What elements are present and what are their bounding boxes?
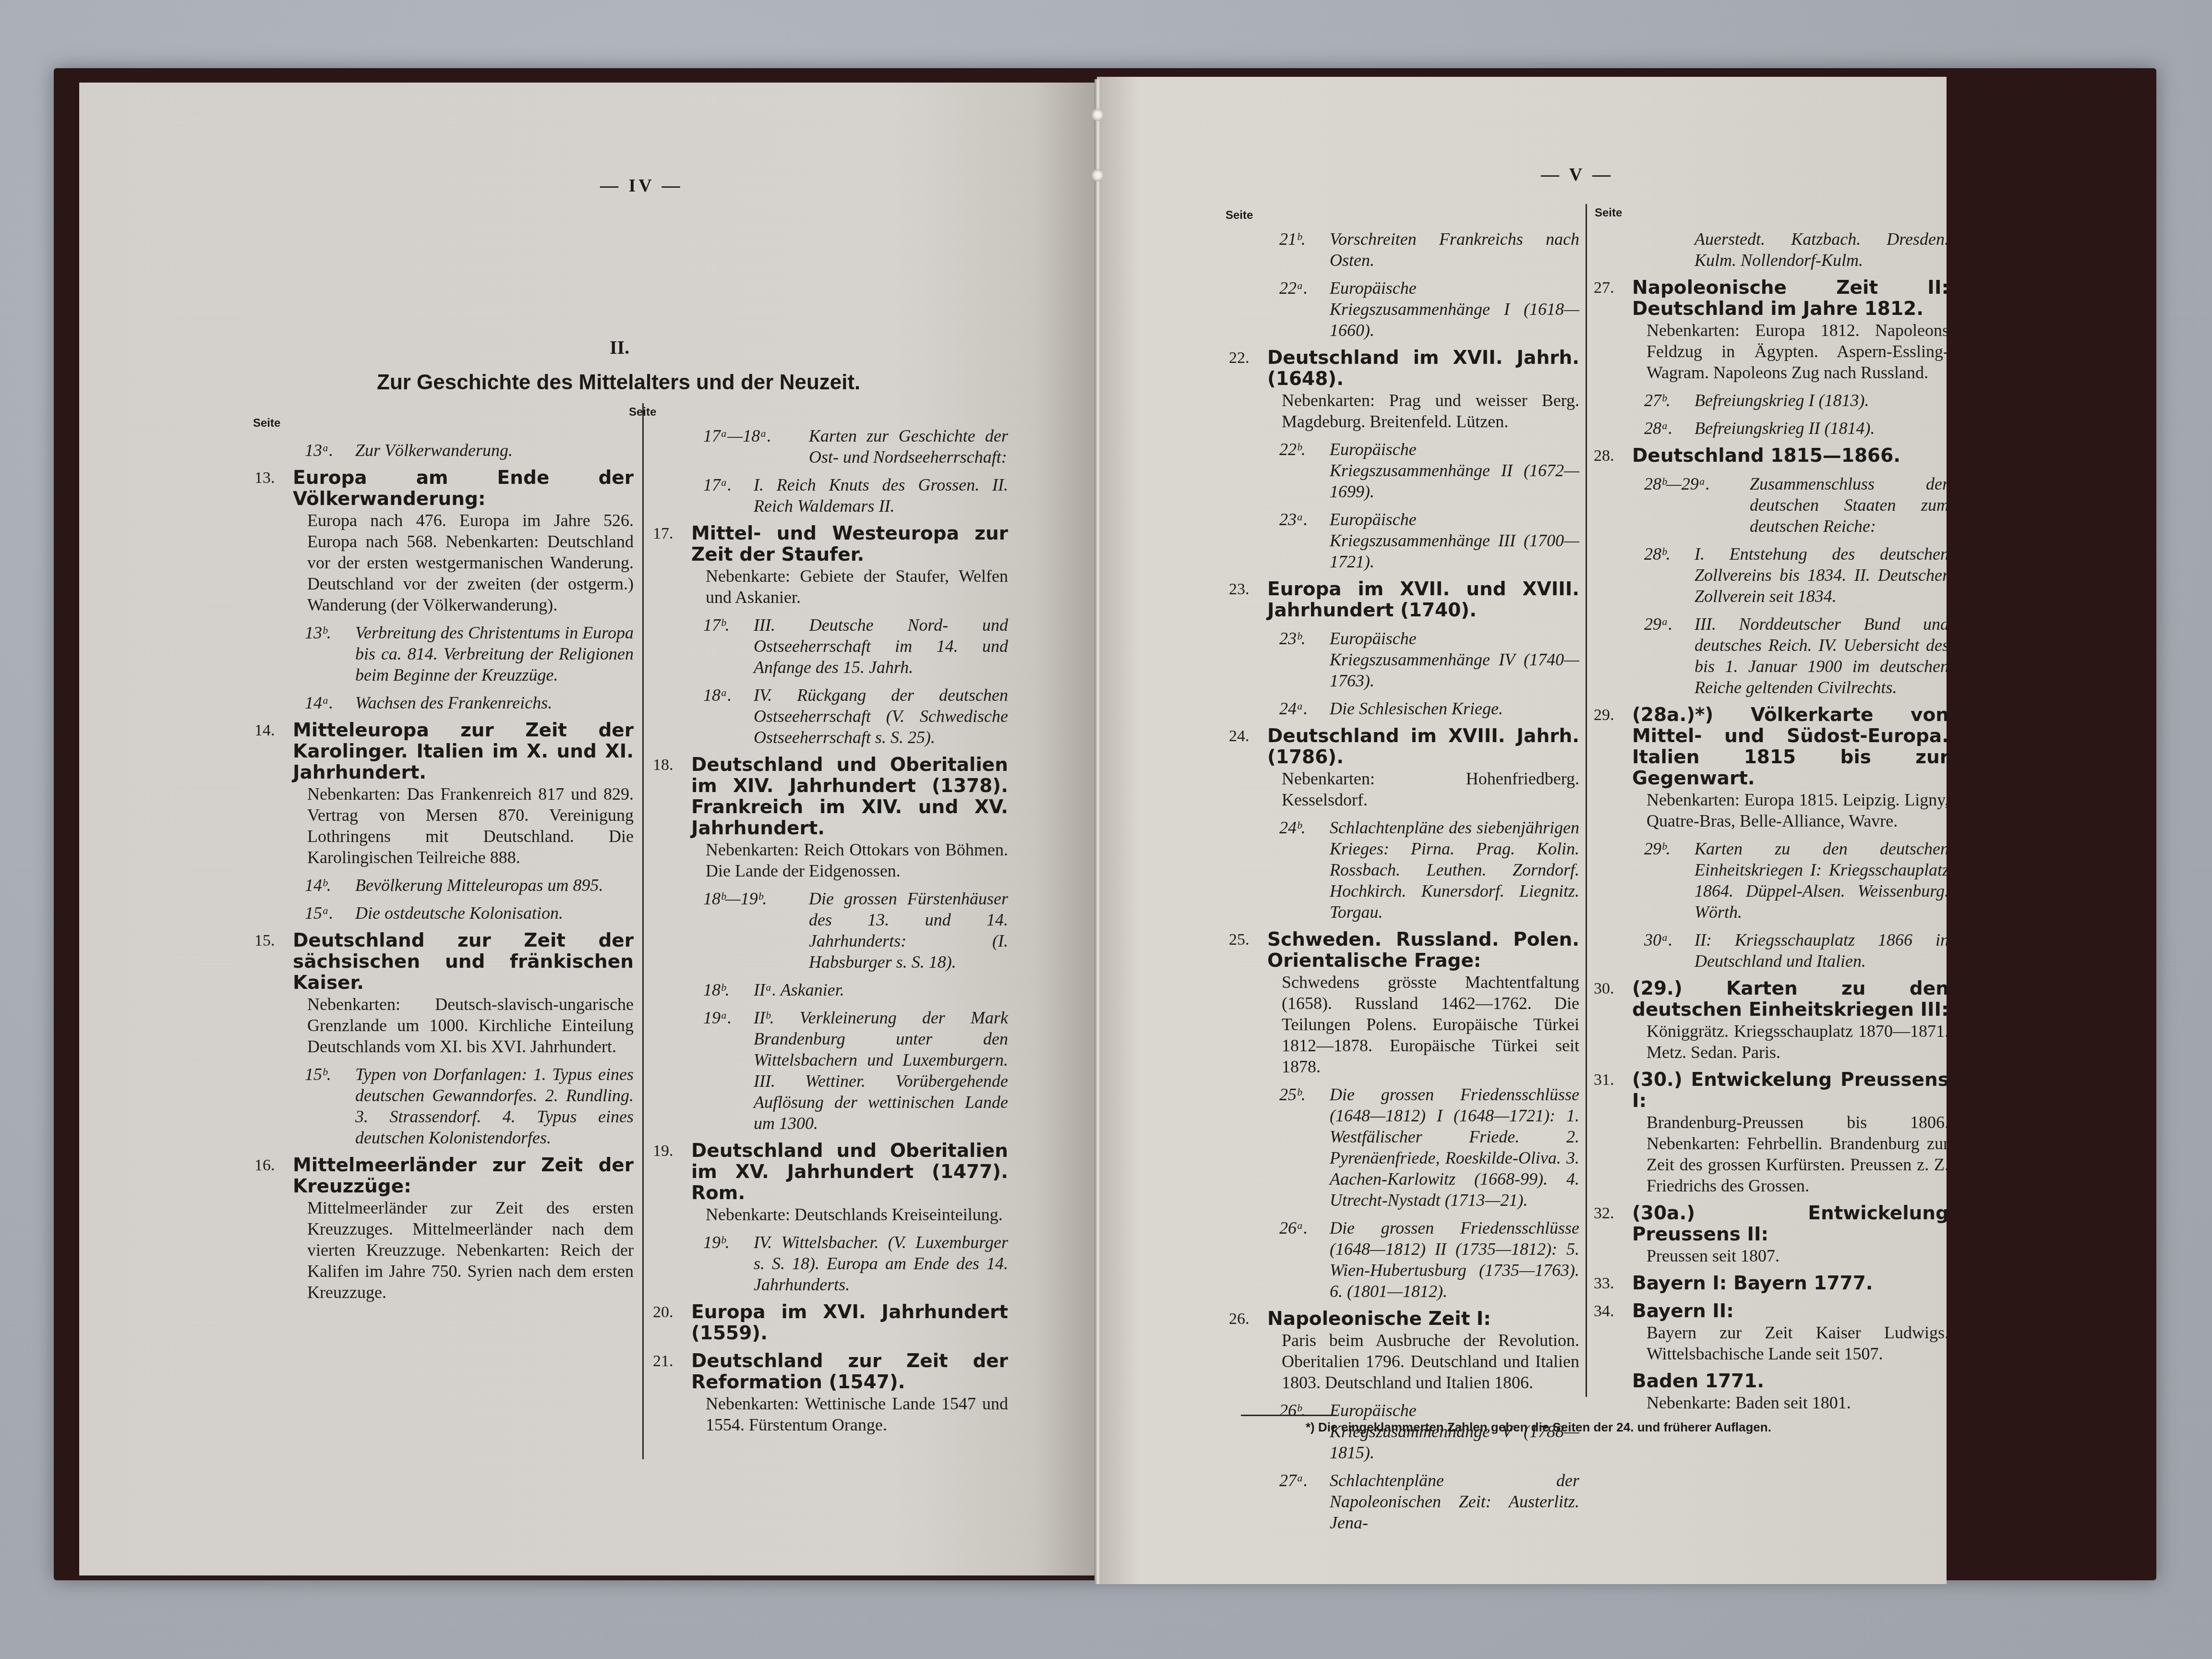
entry-title: Europa am Ende der Völkerwanderung: (293, 468, 634, 510)
subentry-text: III. Deutsche Nord- und Ostseeherrschaft… (754, 614, 1008, 678)
entry-title: Europa im XVII. und XVIII. Jahrhundert (… (1267, 579, 1579, 621)
entry-page-number: 31. (1594, 1070, 1614, 1091)
column-divider (642, 403, 644, 1459)
entry-title: Deutschland zur Zeit der sächsischen und… (293, 930, 634, 994)
entry-page-number: 29. (1594, 705, 1614, 726)
entry-title: (29.) Karten zu den deutschen Einheitskr… (1632, 978, 1949, 1021)
entry-subtitle: Mittelmeerländer zur Zeit des ersten Kre… (307, 1197, 634, 1303)
subentry-text: Zusammenschluss der deutschen Staaten zu… (1750, 473, 1949, 537)
binding-stitch (1092, 108, 1104, 121)
subentry-number: 30ᵃ. (1644, 929, 1672, 950)
subentry-number: 28ᵇ. (1644, 543, 1671, 565)
toc-subentry: 27ᵃ.Schlachtenpläne der Napoleonischen Z… (1279, 1470, 1579, 1533)
subentry-number: 13ᵇ. (305, 622, 331, 643)
entry-subtitle: Europa nach 476. Europa im Jahre 526. Eu… (307, 510, 634, 615)
toc-subentry: 18ᵇ.IIᵃ. Askanier. (703, 979, 1008, 1000)
section-numeral: II. (610, 336, 629, 359)
toc-subentry: 13ᵃ.Zur Völkerwanderung. (305, 440, 634, 461)
toc-subentry: 23ᵃ.Europäische Kriegszusammenhänge III … (1279, 509, 1579, 572)
toc-subentry: 15ᵇ.Typen von Dorfanlagen: 1. Typus eine… (305, 1064, 634, 1148)
subentry-text: Zur Völkerwanderung. (355, 440, 634, 461)
toc-continuation: Auerstedt. Katzbach. Dresden. Kulm. Noll… (1644, 228, 1949, 271)
toc-column-left-1: 13ᵃ.Zur Völkerwanderung.13.Europa am End… (254, 437, 634, 1310)
section-title: Zur Geschichte des Mittelalters und der … (377, 371, 860, 395)
toc-entry: 13.Europa am Ende der Völkerwanderung:Eu… (254, 468, 634, 615)
toc-entry: 19.Deutschland und Oberitalien im XV. Ja… (653, 1141, 1008, 1225)
entry-title: Europa im XVI. Jahrhundert (1559). (691, 1302, 1008, 1344)
toc-subentry: 30ᵃ.II: Kriegsschauplatz 1866 in Deutsch… (1644, 929, 1949, 972)
subentry-number: 14ᵃ. (305, 692, 333, 713)
entry-subtitle: Nebenkarte: Baden seit 1801. (1647, 1392, 1949, 1413)
subentry-number: 21ᵇ. (1279, 228, 1306, 250)
toc-subentry: 14ᵃ.Wachsen des Frankenreichs. (305, 692, 634, 713)
subentry-text: Befreiungskrieg II (1814). (1695, 418, 1949, 439)
toc-subentry: 22ᵇ.Europäische Kriegszusammenhänge II (… (1279, 439, 1579, 502)
subentry-number: 27ᵃ. (1279, 1470, 1308, 1491)
entry-subtitle: Paris beim Ausbruche der Revolution. Obe… (1282, 1330, 1579, 1393)
column-label: Seite (1595, 206, 1622, 220)
subentry-text: Schlachtenpläne des siebenjährigen Krieg… (1330, 817, 1579, 923)
entry-page-number: 17. (653, 523, 673, 544)
subentry-number: 19ᵃ. (703, 1007, 732, 1028)
entry-page-number: 34. (1594, 1301, 1614, 1322)
entry-subtitle: Brandenburg-Preussen bis 1806. Nebenkart… (1647, 1112, 1949, 1196)
entry-subtitle: Nebenkarte: Deutschlands Kreiseinteilung… (706, 1204, 1008, 1225)
toc-subentry: 23ᵇ.Europäische Kriegszusammenhänge IV (… (1279, 628, 1579, 691)
entry-subtitle: Bayern zur Zeit Kaiser Ludwigs. Wittelsb… (1647, 1322, 1949, 1364)
subentry-number: 22ᵇ. (1279, 439, 1306, 460)
subentry-text: Die grossen Friedensschlüsse (1648—1812)… (1330, 1217, 1579, 1302)
toc-subentry: 27ᵇ.Befreiungskrieg I (1813). (1644, 390, 1949, 411)
subentry-text: Die Schlesischen Kriege. (1330, 698, 1579, 719)
entry-title: (30a.) Entwickelung Preussens II: (1632, 1203, 1949, 1245)
subentry-number: 23ᵃ. (1279, 509, 1308, 530)
subentry-number: 24ᵃ. (1279, 698, 1308, 719)
entry-subtitle: Nebenkarten: Reich Ottokars von Böhmen. … (706, 839, 1008, 881)
subentry-number: 24ᵇ. (1279, 817, 1306, 838)
footnote-rule (1241, 1415, 1337, 1416)
entry-page-number: 22. (1229, 348, 1250, 369)
entry-subtitle: Königgrätz. Kriegsschauplatz 1870—1871. … (1647, 1021, 1949, 1063)
toc-subentry: 13ᵇ.Verbreitung des Christentums in Euro… (305, 622, 634, 685)
page-number-right: — V — (1541, 164, 1613, 185)
toc-entry: 28.Deutschland 1815—1866. (1594, 445, 1949, 467)
toc-entry: 29.(28a.)*) Völkerkarte von Mittel- und … (1594, 705, 1949, 831)
subentry-number: 25ᵇ. (1279, 1084, 1306, 1105)
column-divider (1586, 204, 1587, 1397)
toc-entry: 31.(30.) Entwickelung Preussens I:Brande… (1594, 1070, 1949, 1196)
entry-page-number: 27. (1594, 277, 1614, 299)
toc-subentry: 15ᵃ.Die ostdeutsche Kolonisation. (305, 902, 634, 924)
entry-subtitle: Schwedens grösste Machtentfaltung (1658)… (1282, 972, 1579, 1077)
subentry-text: Verbreitung des Christentums in Europa b… (355, 622, 634, 685)
subentry-number: 17ᵃ. (703, 474, 732, 495)
toc-entry: 30.(29.) Karten zu den deutschen Einheit… (1594, 978, 1949, 1063)
subentry-number: 19ᵇ. (703, 1232, 730, 1253)
entry-page-number: 33. (1594, 1273, 1614, 1294)
column-label: Seite (1226, 209, 1253, 222)
subentry-text: I. Reich Knuts des Grossen. II. Reich Wa… (754, 474, 1008, 517)
toc-entry: Baden 1771.Nebenkarte: Baden seit 1801. (1594, 1371, 1949, 1413)
entry-page-number: 19. (653, 1141, 673, 1162)
entry-title: Deutschland und Oberitalien im XIV. Jahr… (691, 755, 1008, 839)
subentry-text: Auerstedt. Katzbach. Dresden. Kulm. Noll… (1695, 228, 1949, 271)
toc-entry: 27.Napoleonische Zeit II: Deutschland im… (1594, 277, 1949, 383)
toc-subentry: 29ᵃ.III. Norddeutscher Bund und deutsche… (1644, 613, 1949, 698)
entry-page-number: 13. (254, 468, 275, 489)
entry-page-number: 30. (1594, 978, 1614, 999)
subentry-text: Europäische Kriegszusammenhänge II (1672… (1330, 439, 1579, 502)
column-label: Seite (253, 417, 280, 430)
entry-subtitle: Nebenkarten: Das Frankenreich 817 und 82… (307, 783, 634, 868)
toc-subentry: 26ᵃ.Die grossen Friedensschlüsse (1648—1… (1279, 1217, 1579, 1302)
entry-page-number: 15. (254, 930, 275, 951)
toc-subentry: 25ᵇ.Die grossen Friedensschlüsse (1648—1… (1279, 1084, 1579, 1211)
entry-title: Deutschland im XVIII. Jahrh. (1786). (1267, 726, 1579, 768)
toc-entry: 32.(30a.) Entwickelung Preussens II:Preu… (1594, 1203, 1949, 1266)
subentry-text: Europäische Kriegszusammenhänge I (1618—… (1330, 277, 1579, 341)
subentry-text: Bevölkerung Mitteleuropas um 895. (355, 875, 634, 896)
subentry-number: 14ᵇ. (305, 875, 331, 896)
entry-subtitle: Preussen seit 1807. (1647, 1245, 1949, 1266)
subentry-number: 17ᵃ—18ᵃ. (703, 425, 771, 446)
toc-entry: 17.Mittel- und Westeuropa zur Zeit der S… (653, 523, 1008, 608)
subentry-text: III. Norddeutscher Bund und deutsches Re… (1695, 613, 1949, 698)
subentry-text: Europäische Kriegszusammenhänge III (170… (1330, 509, 1579, 572)
toc-entry: 25.Schweden. Russland. Polen. Orientalis… (1229, 929, 1579, 1077)
subentry-number: 15ᵃ. (305, 902, 333, 924)
toc-column-right-1: 21ᵇ.Vorschreiten Frankreichs nach Osten.… (1229, 226, 1579, 1540)
subentry-text: IV. Wittelsbacher. (V. Luxemburger s. S.… (754, 1232, 1008, 1295)
entry-subtitle: Nebenkarten: Wettinische Lande 1547 und … (706, 1393, 1008, 1435)
subentry-number: 23ᵇ. (1279, 628, 1306, 649)
binding-stitch (1092, 169, 1104, 181)
subentry-text: Typen von Dorfanlagen: 1. Typus eines de… (355, 1064, 634, 1148)
entry-title: Bayern II: (1632, 1301, 1949, 1322)
toc-subentry: 28ᵃ.Befreiungskrieg II (1814). (1644, 418, 1949, 439)
subentry-number: 29ᵇ. (1644, 838, 1671, 859)
toc-subentry: 18ᵃ.IV. Rückgang der deutschen Ostseeher… (703, 685, 1008, 748)
entry-title: Baden 1771. (1632, 1371, 1949, 1392)
toc-entry: 16.Mittelmeerländer zur Zeit der Kreuzzü… (254, 1155, 634, 1303)
toc-subentry: 22ᵃ.Europäische Kriegszusammenhänge I (1… (1279, 277, 1579, 341)
toc-entry: 22.Deutschland im XVII. Jahrh. (1648).Ne… (1229, 348, 1579, 432)
toc-entry: 23.Europa im XVII. und XVIII. Jahrhunder… (1229, 579, 1579, 621)
footnote: *) Die eingeklammerten Zahlen geben die … (1306, 1420, 1771, 1435)
toc-subentry: 28ᵇ—29ᵃ.Zusammenschluss der deutschen St… (1644, 473, 1949, 537)
entry-page-number: 18. (653, 755, 673, 776)
subentry-text: IIᵃ. Askanier. (754, 979, 1008, 1000)
entry-title: Bayern I: Bayern 1777. (1632, 1273, 1949, 1294)
toc-subentry: 24ᵃ.Die Schlesischen Kriege. (1279, 698, 1579, 719)
entry-page-number: 23. (1229, 579, 1250, 600)
entry-title: Napoleonische Zeit II: Deutschland im Ja… (1632, 277, 1949, 320)
entry-title: Schweden. Russland. Polen. Orientalische… (1267, 929, 1579, 972)
entry-page-number: 24. (1229, 726, 1250, 747)
entry-title: Deutschland 1815—1866. (1632, 445, 1949, 467)
subentry-text: Karten zu den deutschen Einheitskriegen … (1695, 838, 1949, 923)
entry-page-number: 20. (653, 1302, 673, 1323)
toc-entry: 15.Deutschland zur Zeit der sächsischen … (254, 930, 634, 1057)
subentry-text: Die grossen Fürstenhäuser des 13. und 14… (809, 888, 1008, 973)
entry-subtitle: Nebenkarten: Europa 1812. Napoleons Feld… (1647, 320, 1949, 383)
toc-subentry: 21ᵇ.Vorschreiten Frankreichs nach Osten. (1279, 228, 1579, 271)
toc-subentry: 29ᵇ.Karten zu den deutschen Einheitskrie… (1644, 838, 1949, 923)
subentry-number: 13ᵃ. (305, 440, 333, 461)
entry-title: Mittel- und Westeuropa zur Zeit der Stau… (691, 523, 1008, 565)
toc-entry: 14.Mitteleuropa zur Zeit der Karolinger.… (254, 720, 634, 868)
subentry-text: I. Entstehung des deutschen Zollvereins … (1695, 543, 1949, 607)
toc-subentry: 17ᵃ—18ᵃ.Karten zur Geschichte der Ost- u… (703, 425, 1008, 468)
subentry-number: 15ᵇ. (305, 1064, 331, 1085)
subentry-text: Wachsen des Frankenreichs. (355, 692, 634, 713)
subentry-number: 18ᵃ. (703, 685, 732, 706)
subentry-number: 28ᵃ. (1644, 418, 1672, 439)
subentry-number: 26ᵇ. (1279, 1400, 1306, 1421)
entry-page-number: 14. (254, 720, 275, 741)
entry-page-number: 16. (254, 1155, 275, 1176)
subentry-text: Schlachtenpläne der Napoleonischen Zeit:… (1330, 1470, 1579, 1533)
subentry-text: Karten zur Geschichte der Ost- und Nords… (809, 425, 1008, 468)
toc-entry: 18.Deutschland und Oberitalien im XIV. J… (653, 755, 1008, 881)
subentry-text: Die ostdeutsche Kolonisation. (355, 902, 634, 924)
subentry-text: Befreiungskrieg I (1813). (1695, 390, 1949, 411)
entry-subtitle: Nebenkarten: Europa 1815. Leipzig. Ligny… (1647, 789, 1949, 831)
subentry-number: 28ᵇ—29ᵃ. (1644, 473, 1710, 494)
subentry-number: 18ᵇ—19ᵇ. (703, 888, 767, 909)
entry-page-number: 28. (1594, 445, 1614, 467)
entry-title: (28a.)*) Völkerkarte von Mittel- und Süd… (1632, 705, 1949, 789)
subentry-text: Europäische Kriegszusammenhänge IV (1740… (1330, 628, 1579, 691)
toc-entry: 24.Deutschland im XVIII. Jahrh. (1786).N… (1229, 726, 1579, 810)
toc-column-right-2: Auerstedt. Katzbach. Dresden. Kulm. Noll… (1594, 226, 1949, 1420)
subentry-number: 18ᵇ. (703, 979, 730, 1000)
toc-subentry: 17ᵇ.III. Deutsche Nord- und Ostseeherrsc… (703, 614, 1008, 678)
toc-entry: 21.Deutschland zur Zeit der Reformation … (653, 1351, 1008, 1435)
subentry-number: 17ᵇ. (703, 614, 730, 636)
page-number-left: — IV — (600, 175, 683, 196)
entry-title: Mitteleuropa zur Zeit der Karolinger. It… (293, 720, 634, 783)
entry-title: (30.) Entwickelung Preussens I: (1632, 1070, 1949, 1112)
subentry-number: 27ᵇ. (1644, 390, 1671, 411)
entry-title: Deutschland zur Zeit der Reformation (15… (691, 1351, 1008, 1393)
subentry-number: 22ᵃ. (1279, 277, 1308, 299)
entry-title: Mittelmeerländer zur Zeit der Kreuzzüge: (293, 1155, 634, 1197)
entry-subtitle: Nebenkarten: Deutsch-slavisch-ungarische… (307, 994, 634, 1057)
entry-page-number: 32. (1594, 1203, 1614, 1224)
subentry-text: IIᵇ. Verkleinerung der Mark Brandenburg … (754, 1007, 1008, 1134)
entry-title: Deutschland im XVII. Jahrh. (1648). (1267, 348, 1579, 390)
toc-entry: 20.Europa im XVI. Jahrhundert (1559). (653, 1302, 1008, 1344)
subentry-text: IV. Rückgang der deutschen Ostseeherrsch… (754, 685, 1008, 748)
subentry-number: 26ᵃ. (1279, 1217, 1308, 1238)
entry-page-number: 25. (1229, 929, 1250, 950)
toc-subentry: 28ᵇ.I. Entstehung des deutschen Zollvere… (1644, 543, 1949, 607)
toc-entry: 33.Bayern I: Bayern 1777. (1594, 1273, 1949, 1294)
toc-subentry: 14ᵇ.Bevölkerung Mitteleuropas um 895. (305, 875, 634, 896)
toc-entry: 26.Napoleonische Zeit I:Paris beim Ausbr… (1229, 1309, 1579, 1393)
toc-subentry: 17ᵃ.I. Reich Knuts des Grossen. II. Reic… (703, 474, 1008, 517)
toc-subentry: 19ᵃ.IIᵇ. Verkleinerung der Mark Brandenb… (703, 1007, 1008, 1134)
entry-subtitle: Nebenkarten: Hohenfriedberg. Kesselsdorf… (1282, 768, 1579, 810)
toc-subentry: 19ᵇ.IV. Wittelsbacher. (V. Luxemburger s… (703, 1232, 1008, 1295)
entry-subtitle: Nebenkarte: Gebiete der Staufer, Welfen … (706, 565, 1008, 608)
subentry-number: 29ᵃ. (1644, 613, 1672, 635)
entry-title: Napoleonische Zeit I: (1267, 1309, 1579, 1330)
toc-subentry: 18ᵇ—19ᵇ.Die grossen Fürstenhäuser des 13… (703, 888, 1008, 973)
entry-page-number: 21. (653, 1351, 673, 1372)
subentry-text: Vorschreiten Frankreichs nach Osten. (1330, 228, 1579, 271)
entry-title: Deutschland und Oberitalien im XV. Jahrh… (691, 1141, 1008, 1204)
entry-page-number: 26. (1229, 1309, 1250, 1330)
subentry-text: Die grossen Friedensschlüsse (1648—1812)… (1330, 1084, 1579, 1211)
toc-column-left-2: 17ᵃ—18ᵃ.Karten zur Geschichte der Ost- u… (653, 422, 1008, 1442)
subentry-text: II: Kriegsschauplatz 1866 in Deutschland… (1695, 929, 1949, 972)
toc-entry: 34.Bayern II:Bayern zur Zeit Kaiser Ludw… (1594, 1301, 1949, 1364)
book-gutter (1094, 79, 1101, 1584)
toc-subentry: 24ᵇ.Schlachtenpläne des siebenjährigen K… (1279, 817, 1579, 923)
entry-subtitle: Nebenkarten: Prag und weisser Berg. Magd… (1282, 390, 1579, 432)
